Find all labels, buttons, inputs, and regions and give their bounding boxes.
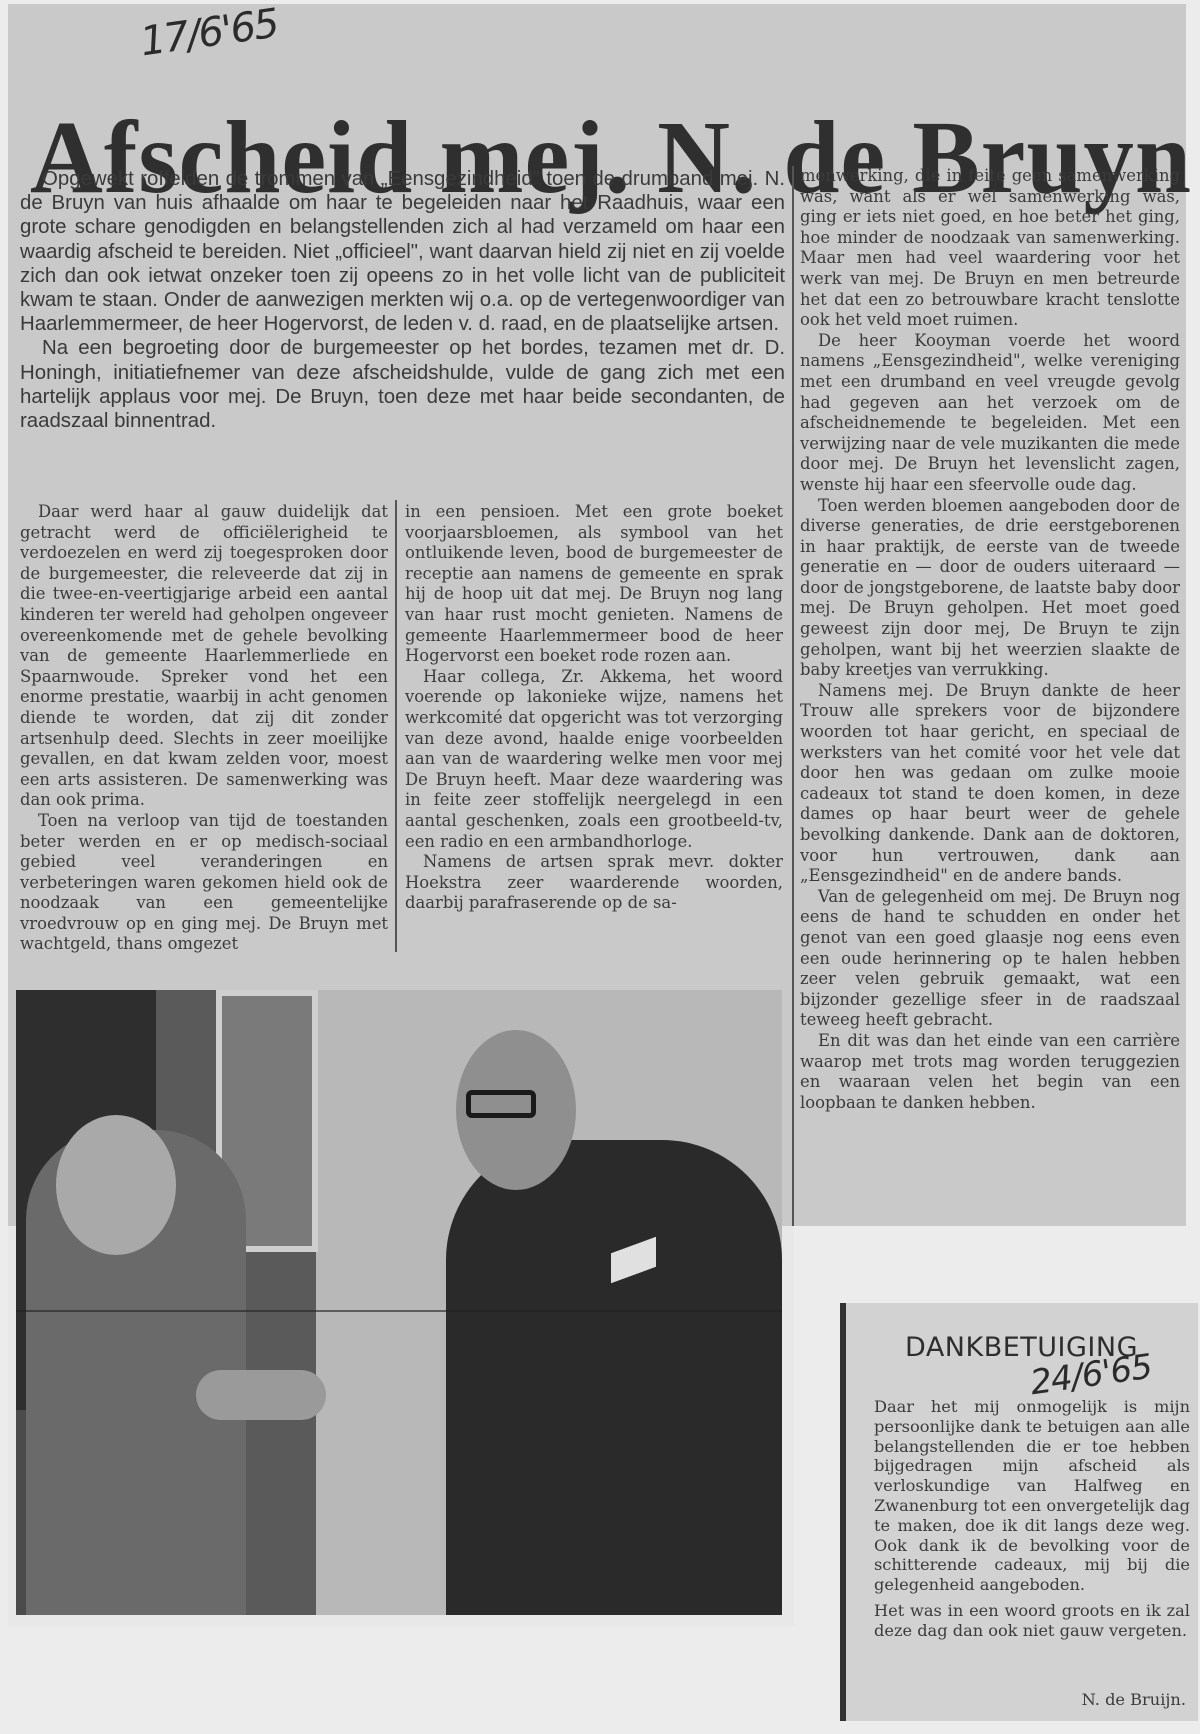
body-paragraph: En dit was dan het einde van een carrièr… [800, 1031, 1180, 1113]
column-divider [792, 166, 794, 1226]
lead-paragraph: Opgewekt roffelden de trommen van „Eensg… [20, 167, 785, 336]
photo-man [446, 1140, 782, 1615]
dankbetuiging-paragraph: Het was in een woord groots en ik zal de… [874, 1601, 1190, 1641]
column-divider [395, 500, 397, 952]
dankbetuiging-signature: N. de Bruijn. [1082, 1690, 1186, 1709]
body-paragraph: Daar werd haar al gauw duidelijk dat get… [20, 502, 388, 811]
photo-fold-crease [16, 1310, 782, 1312]
photo-glasses [466, 1090, 536, 1118]
lead-paragraph: Na een begroeting door de burgemeester o… [20, 336, 785, 433]
article-column-3: menwerking, die in feite geen samenwerki… [800, 166, 1180, 1113]
dankbetuiging-body: Daar het mij onmogelijk is mijn persoonl… [874, 1397, 1190, 1647]
body-paragraph: Van de gelegenheid om mej. De Bruyn nog … [800, 887, 1180, 1031]
body-paragraph: Namens de artsen sprak mevr. dokter Hoek… [405, 852, 783, 914]
body-paragraph: Haar collega, Zr. Akkema, het woord voer… [405, 667, 783, 852]
body-paragraph: in een pensioen. Met een grote boeket vo… [405, 502, 783, 667]
body-paragraph: De heer Kooyman voerde het woord namens … [800, 331, 1180, 496]
article-lead: Opgewekt roffelden de trommen van „Eensg… [20, 167, 785, 433]
photo-woman-head [56, 1115, 176, 1255]
body-paragraph: menwerking, die in feite geen samenwerki… [800, 166, 1180, 331]
dankbetuiging-paragraph: Daar het mij onmogelijk is mijn persoonl… [874, 1397, 1190, 1595]
body-paragraph: Toen na verloop van tijd de toestanden b… [20, 811, 388, 955]
article-column-1: Daar werd haar al gauw duidelijk dat get… [20, 502, 388, 955]
article-photo [16, 990, 782, 1615]
article-column-2: in een pensioen. Met een grote boeket vo… [405, 502, 783, 914]
body-paragraph: Namens mej. De Bruyn dankte de heer Trou… [800, 681, 1180, 887]
body-paragraph: Toen werden bloemen aangeboden door de d… [800, 496, 1180, 681]
photo-handshake [196, 1370, 326, 1420]
